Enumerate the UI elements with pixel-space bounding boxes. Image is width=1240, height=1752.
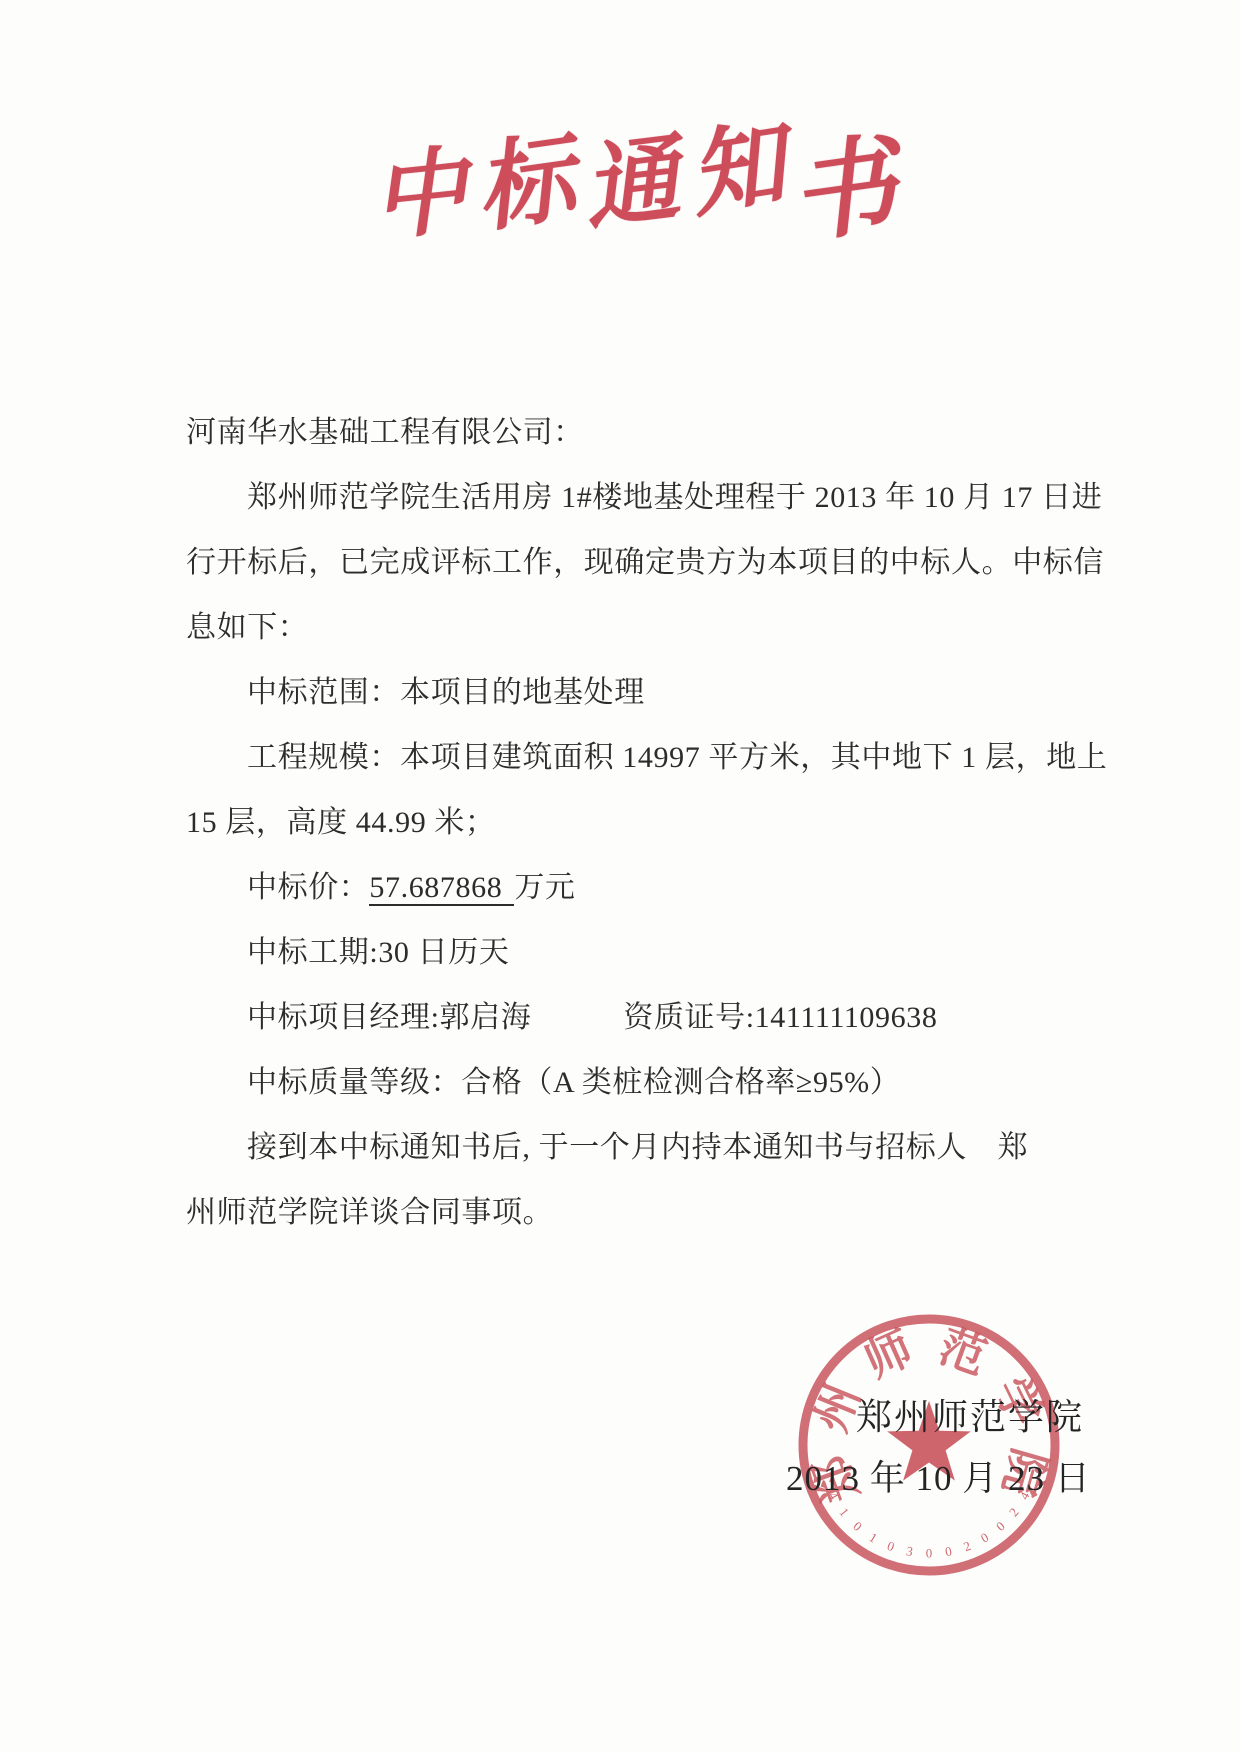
seal-serial-digit: 2	[961, 1538, 972, 1554]
price-line: 中标价：57.687868万元	[186, 855, 1086, 920]
sign-date: 2013 年 10 月 23 日	[786, 1451, 1091, 1501]
seal-serial-digit: 2	[1006, 1505, 1022, 1519]
document-body: 河南华水基础工程有限公司： 郑州师范学院生活用房 1#楼地基处理程于 2013 …	[186, 400, 1086, 1245]
price-unit: 万元	[514, 871, 575, 904]
scanned-document-page: 中标通知书 河南华水基础工程有限公司： 郑州师范学院生活用房 1#楼地基处理程于…	[0, 0, 1240, 1752]
scope-line: 中标范围：本项目的地基处理	[186, 660, 1086, 725]
seal-serial-digit: 0	[850, 1518, 865, 1534]
manager-line: 中标项目经理:郭启海资质证号:141111109638	[186, 985, 1086, 1050]
closing-line-2: 州师范学院详谈合同事项。	[186, 1180, 1086, 1245]
seal-serial-digit: 0	[993, 1518, 1008, 1534]
seal-serial-digit: 0	[978, 1529, 991, 1545]
seal-serial-digit: 0	[926, 1546, 933, 1561]
body-line-1: 郑州师范学院生活用房 1#楼地基处理程于 2013 年 10 月 17 日进	[186, 465, 1086, 530]
document-title: 中标通知书	[369, 95, 903, 248]
closing-line-1: 接到本中标通知书后, 于一个月内持本通知书与招标人 郑	[186, 1115, 1086, 1180]
seal-stamp: 郑州师范学院4101030020024	[789, 1305, 1069, 1585]
seal-serial-digit: 0	[944, 1543, 953, 1559]
seal-serial-digit: 1	[836, 1505, 852, 1519]
body-line-2: 行开标后，已完成评标工作，现确定贵方为本项目的中标人。中标信	[186, 530, 1086, 595]
duration-line: 中标工期:30 日历天	[186, 920, 1086, 985]
scale-line-2: 15 层，高度 44.99 米；	[186, 790, 1086, 855]
cert-number: 资质证号:141111109638	[623, 1001, 937, 1034]
price-value: 57.687868	[369, 871, 514, 906]
price-label: 中标价：	[247, 871, 369, 904]
seal-serial-digit: 0	[885, 1538, 896, 1554]
seal-serial-digit: 1	[867, 1529, 880, 1545]
quality-line: 中标质量等级：合格（A 类桩检测合格率≥95%）	[186, 1050, 1086, 1115]
signer-name: 郑州师范学院	[856, 1389, 1084, 1440]
manager-name: 中标项目经理:郭启海	[247, 1001, 531, 1034]
seal-serial-digit: 3	[905, 1543, 914, 1559]
recipient-line: 河南华水基础工程有限公司：	[186, 400, 1086, 465]
body-line-3: 息如下：	[186, 595, 1086, 660]
scale-line-1: 工程规模：本项目建筑面积 14997 平方米，其中地下 1 层，地上	[186, 725, 1086, 790]
